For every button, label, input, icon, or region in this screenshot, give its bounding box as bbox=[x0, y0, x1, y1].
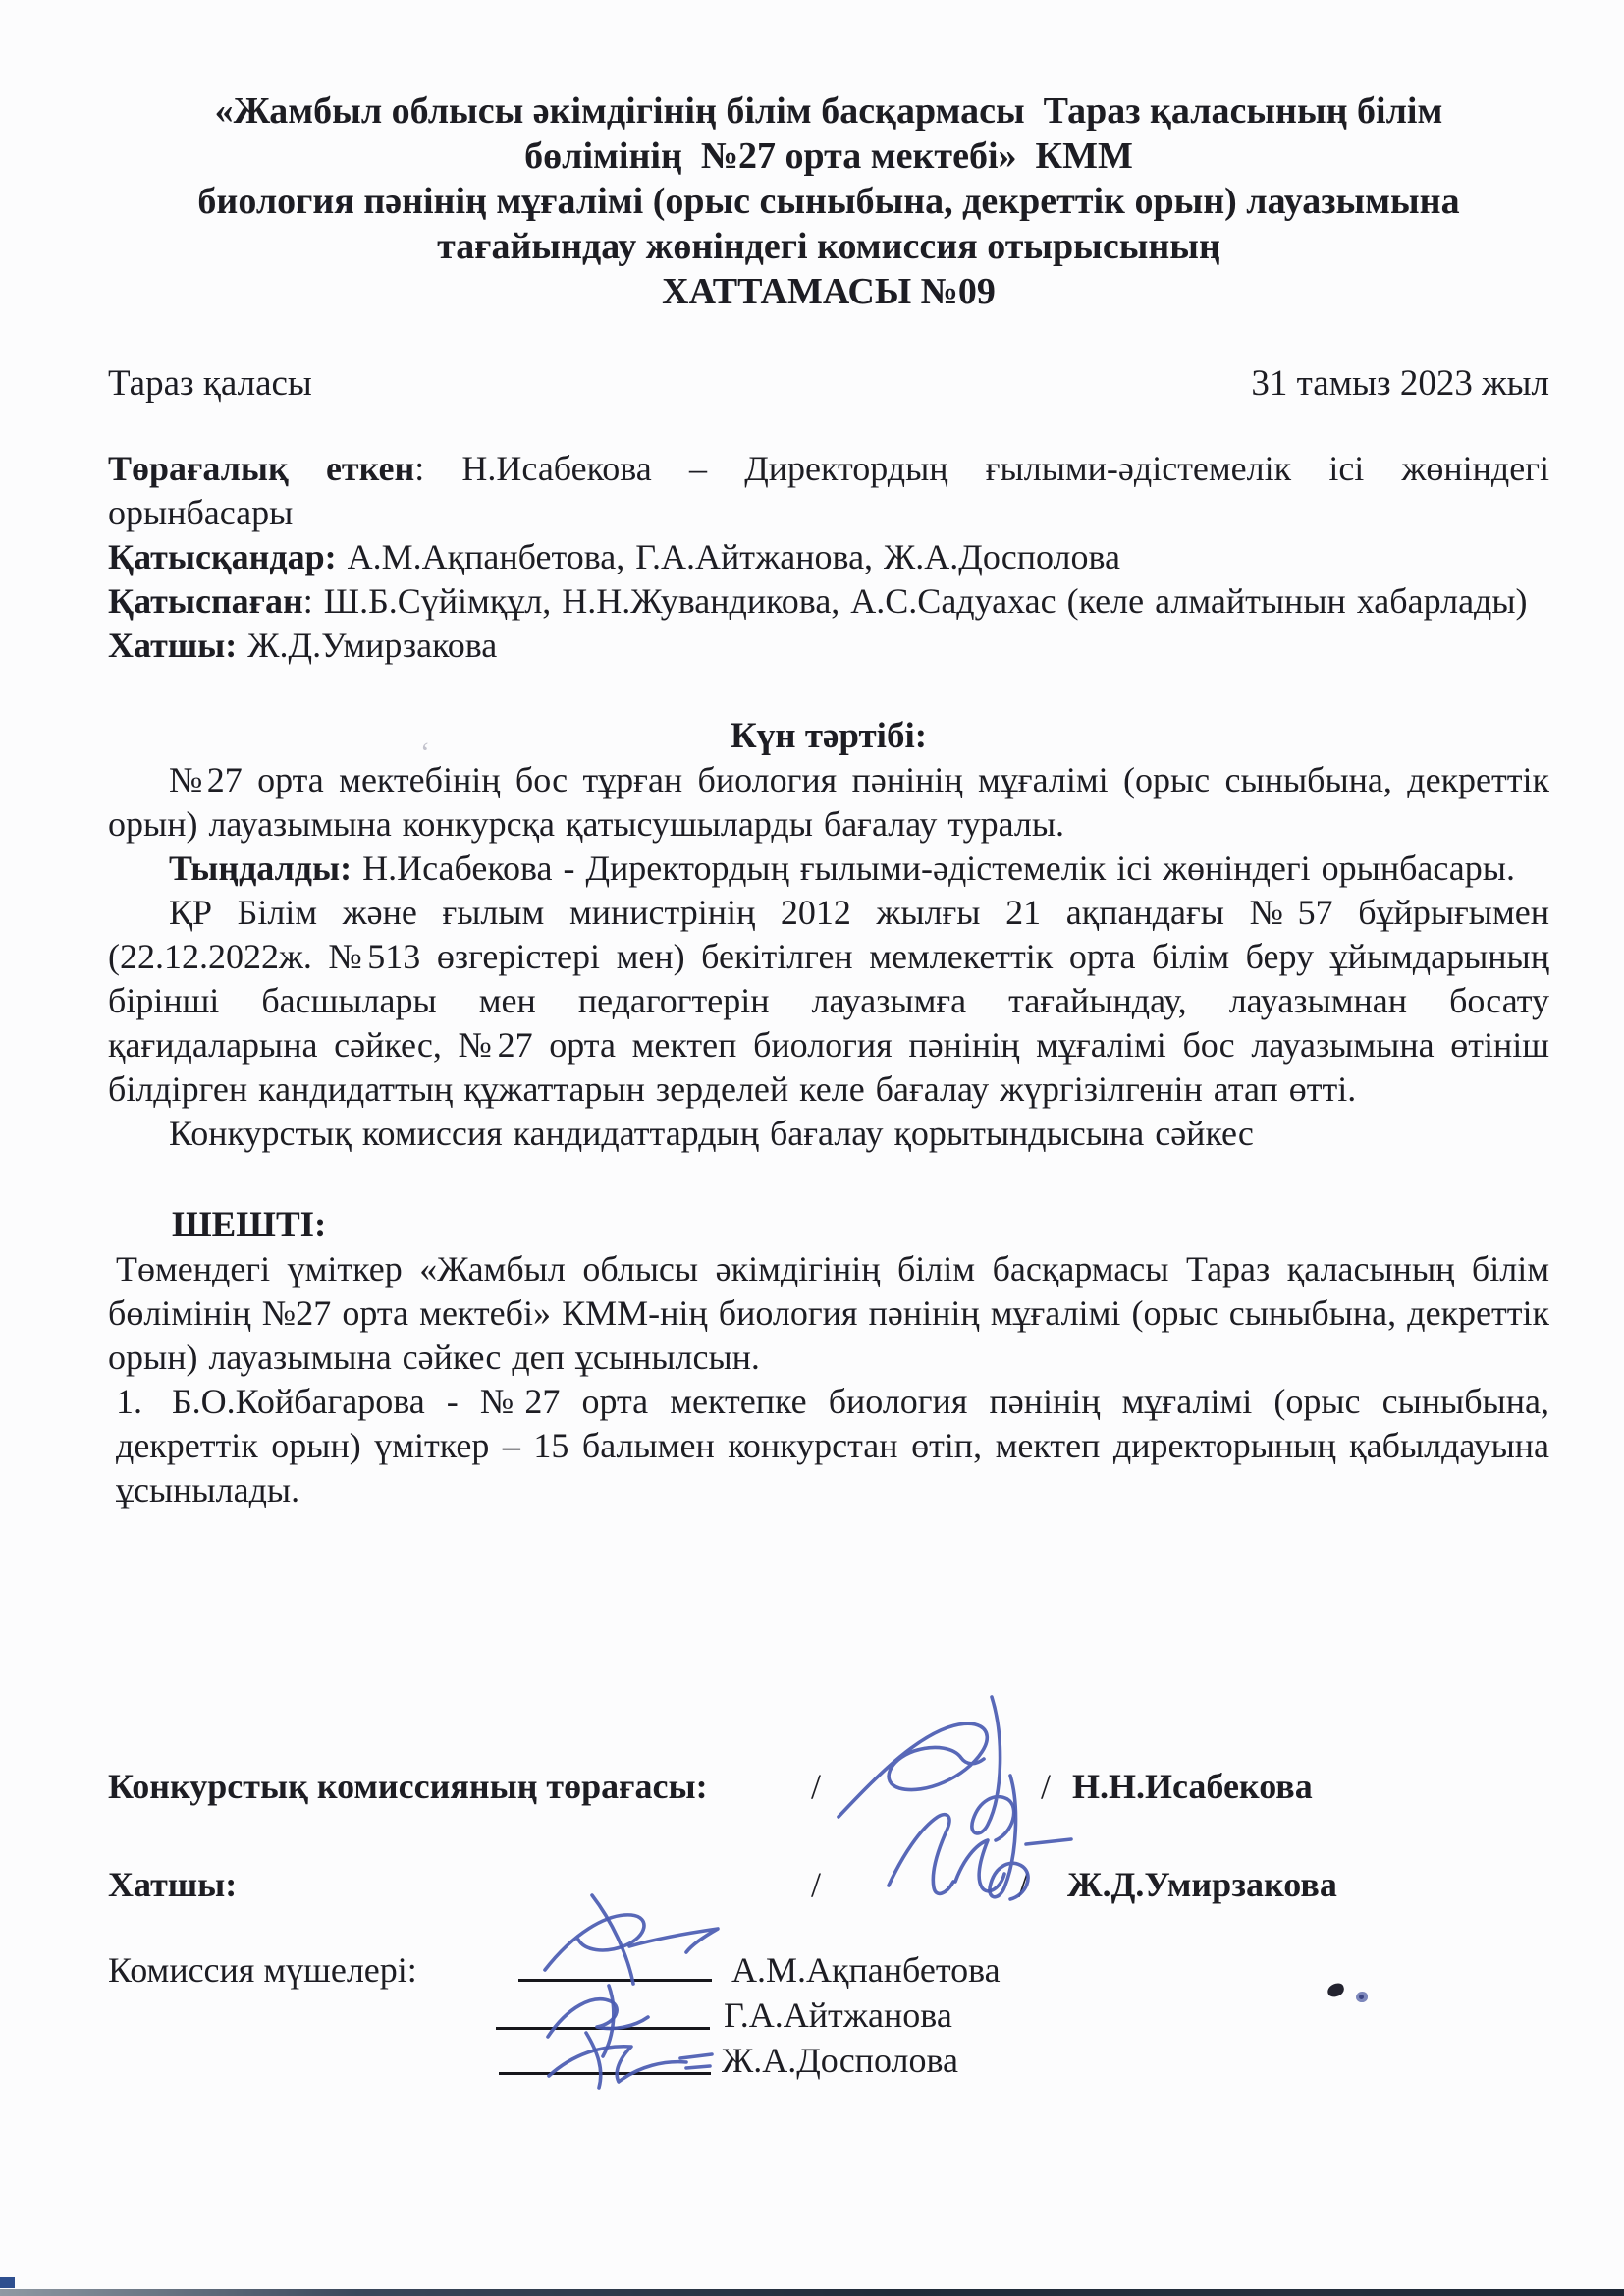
sig-chairman-name: Н.Н.Исабекова bbox=[1072, 1765, 1313, 1809]
decision-heading: ШЕШТІ: bbox=[108, 1203, 1549, 1247]
scan-edge-strip bbox=[0, 2289, 1624, 2296]
secretary-signature-image bbox=[877, 1758, 1078, 1907]
header-line-4: тағайындау жөніндегі комиссия отырысының bbox=[108, 224, 1549, 269]
chairperson-line: Төрағалық еткен: Н.Исабекова – Директорд… bbox=[108, 447, 1549, 535]
secretary-text: Ж.Д.Умирзакова bbox=[237, 626, 497, 665]
absent-text: : Ш.Б.Сүйімқұл, Н.Н.Жувандикова, А.С.Сад… bbox=[303, 581, 1528, 621]
sig-members-label: Комиссия мүшелері: bbox=[108, 1948, 417, 1993]
heard-text: Н.Исабекова - Директордың ғылыми-әдістем… bbox=[352, 848, 1515, 888]
agenda-paragraph-3: Конкурстық комиссия кандидаттардың бағал… bbox=[108, 1112, 1549, 1156]
decision-item-1: 1.Б.О.Койбагарова - №27 орта мектепке би… bbox=[108, 1380, 1549, 1512]
sig-secretary-slash-left: / bbox=[811, 1863, 821, 1907]
header-line-1: «Жамбыл облысы әкімдігінің білім басқарм… bbox=[108, 88, 1549, 134]
decision-paragraph: Төмендегі үміткер «Жамбыл облысы әкімдіг… bbox=[108, 1247, 1549, 1380]
participants-block: Төрағалық еткен: Н.Исабекова – Директорд… bbox=[108, 447, 1549, 668]
protocol-number-title: ХАТТАМАСЫ №09 bbox=[108, 269, 1549, 314]
member-name-2: Г.А.Айтжанова bbox=[724, 1994, 952, 2038]
member-name-1: А.М.Ақпанбетова bbox=[731, 1948, 1001, 1993]
document-content: «Жамбыл облысы әкімдігінің білім басқарм… bbox=[0, 0, 1624, 1512]
chairperson-label: Төрағалық еткен bbox=[108, 449, 414, 488]
sig-secretary-name: Ж.Д.Умирзакова bbox=[1067, 1863, 1337, 1907]
attended-text: А.М.Ақпанбетова, Г.А.Айтжанова, Ж.А.Досп… bbox=[337, 537, 1120, 576]
sig-chairman-label: Конкурстық комиссияның төрағасы: bbox=[108, 1765, 708, 1809]
member-name-3: Ж.А.Досполова bbox=[722, 2039, 958, 2083]
decision-item-text: Б.О.Койбагарова - №27 орта мектепке биол… bbox=[116, 1382, 1549, 1509]
dateline: Тараз қаласы 31 тамыз 2023 жыл bbox=[108, 361, 1549, 406]
scan-edge-corner bbox=[0, 2277, 15, 2288]
sig-secretary-label: Хатшы: bbox=[108, 1863, 237, 1907]
scan-artifact-mark: ʻ bbox=[420, 737, 430, 770]
agenda-paragraph-2: ҚР Білім және ғылым министрінің 2012 жыл… bbox=[108, 891, 1549, 1112]
document-header: «Жамбыл облысы әкімдігінің білім басқарм… bbox=[108, 0, 1549, 314]
heard-paragraph: Тыңдалды: Н.Исабекова - Директордың ғылы… bbox=[108, 847, 1549, 891]
attended-line: Қатысқандар: А.М.Ақпанбетова, Г.А.Айтжан… bbox=[108, 535, 1549, 579]
signatures-section: Конкурстық комиссияның төрағасы: / / Н.Н… bbox=[0, 1740, 1624, 2153]
ink-speck-blue bbox=[1356, 1992, 1368, 2002]
member-3-signature-image bbox=[543, 2025, 718, 2094]
scanned-protocol-document: «Жамбыл облысы әкімдігінің білім басқарм… bbox=[0, 0, 1624, 2296]
secretary-label: Хатшы: bbox=[108, 626, 237, 665]
sig-chairman-slash-left: / bbox=[811, 1765, 821, 1809]
agenda-paragraph-1: №27 орта мектебінің бос тұрған биология … bbox=[108, 758, 1549, 847]
absent-line: Қатыспаған: Ш.Б.Сүйімқұл, Н.Н.Жувандиков… bbox=[108, 579, 1549, 624]
heard-label: Тыңдалды: bbox=[169, 848, 352, 888]
absent-label: Қатыспаған bbox=[108, 581, 303, 621]
attended-label: Қатысқандар: bbox=[108, 537, 337, 576]
header-line-2: бөлімінің №27 орта мектебі» КММ bbox=[108, 134, 1549, 179]
secretary-line: Хатшы: Ж.Д.Умирзакова bbox=[108, 624, 1549, 668]
agenda-heading: Күн тәртібі: bbox=[108, 714, 1549, 758]
city-label: Тараз қаласы bbox=[108, 361, 312, 406]
date-label: 31 тамыз 2023 жыл bbox=[1251, 361, 1549, 406]
decision-item-number: 1. bbox=[116, 1382, 142, 1421]
header-line-3: биология пәнінің мұғалімі (орыс сыныбына… bbox=[108, 179, 1549, 224]
